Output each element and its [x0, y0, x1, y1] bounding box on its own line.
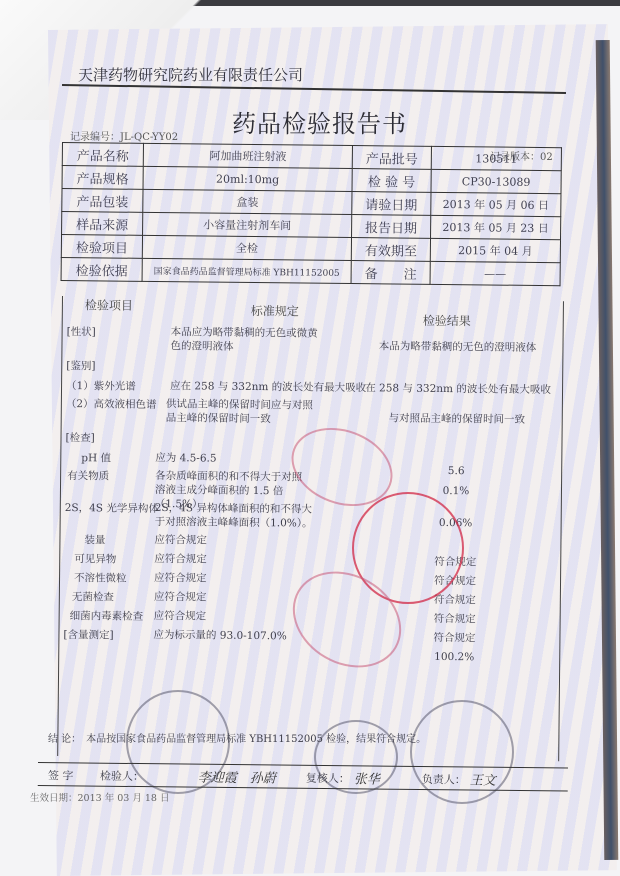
test-row: [性状] 本品应为略带黏稠的无色或微黄色的澄明液体 本品为略带黏稠的无色的澄明液…	[63, 324, 563, 329]
test-item: 装量	[84, 532, 105, 547]
test-result: 本品为略带黏稠的无色的澄明液体	[362, 339, 552, 355]
test-row: （1）紫外光谱 应在 258 与 332nm 的波长处有最大吸收 在 258 与…	[62, 378, 562, 383]
info-label: 产品名称	[62, 143, 143, 167]
test-standard: 应符合规定	[154, 533, 344, 549]
info-value: CP30-13089	[431, 169, 561, 193]
test-item: 2S，4S 光学异构体	[65, 500, 159, 516]
test-result: 在 258 与 332nm 的波长处有最大吸收	[358, 381, 558, 397]
info-value: 小容量注射剂车间	[143, 212, 352, 237]
test-item: [检查]	[65, 430, 94, 445]
test-standard: 供试品主峰的保留时间应与对照品主峰的保留时间一致	[166, 397, 316, 427]
test-item: 无菌检查	[72, 589, 114, 604]
info-label: 产品包装	[62, 189, 143, 213]
test-result: 与对照品主峰的保留时间一致	[362, 411, 552, 427]
info-label: 样品来源	[62, 212, 143, 236]
info-value: 130511	[431, 146, 561, 170]
info-label: 报告日期	[352, 215, 431, 239]
test-standard: 应在 258 与 332nm 的波长处有最大吸收	[170, 379, 370, 395]
effective-date: 生效日期：2013 年 03 月 18 日	[30, 790, 169, 804]
test-row: 可见异物 应符合规定 符合规定	[60, 551, 560, 556]
test-row: （2）高效液相色谱 供试品主峰的保留时间应与对照品主峰的保留时间一致 与对照品主…	[62, 396, 562, 401]
info-value: 盒装	[143, 189, 352, 214]
reviewer-label: 复核人：	[306, 770, 350, 786]
info-label: 产品规格	[62, 166, 143, 190]
test-standard: 2S，4S 异构体峰面积的和不得大于对照溶液主峰峰面积（1.0%）。	[155, 501, 315, 531]
test-row: 2S，4S 光学异构体 2S，4S 异构体峰面积的和不得大于对照溶液主峰峰面积（…	[61, 500, 561, 505]
info-label: 有效期至	[351, 238, 430, 262]
info-label: 检 验 号	[352, 169, 431, 193]
test-item: 有关物质	[67, 468, 109, 483]
test-standard: 应符合规定	[154, 552, 344, 568]
info-value: 2015 年 04 月	[430, 238, 560, 262]
info-label: 检验项目	[61, 235, 142, 259]
info-label: 请验日期	[352, 192, 431, 216]
report-title: 药品检验报告书	[232, 104, 407, 139]
info-value: 阿加曲班注射液	[143, 143, 352, 168]
column-header-item: 检验项目	[85, 296, 133, 314]
test-row: 装量 应符合规定	[61, 532, 561, 537]
info-value: 全检	[142, 235, 351, 260]
column-header-standard: 标准规定	[251, 302, 299, 320]
inspector-signature: 李迎霞 孙蔚	[198, 767, 276, 787]
record-number: 记录编号：JL-QC-YY02	[70, 128, 178, 143]
test-item: 可见异物	[74, 551, 116, 566]
test-results-section: 检验项目 标准规定 检验结果 [性状] 本品应为略带黏稠的无色或微黄色的澄明液体…	[57, 296, 564, 761]
info-label: 产品批号	[352, 146, 431, 170]
info-value: ——	[430, 261, 560, 285]
inspector-label: 检验人：	[100, 768, 144, 784]
info-value: 20ml:10mg	[143, 166, 352, 191]
test-standard: 本品应为略带黏稠的无色或微黄色的澄明液体	[170, 325, 320, 355]
approver-signature: 王文	[470, 770, 496, 789]
test-item: （1）紫外光谱	[66, 378, 136, 394]
reviewer-signature: 张华	[354, 768, 380, 787]
test-item: 细菌内毒素检查	[70, 608, 144, 624]
info-label: 备 注	[351, 261, 430, 285]
company-name: 天津药物研究院药业有限责任公司	[78, 64, 303, 85]
test-item: pH 值	[81, 450, 111, 465]
test-row: 不溶性微粒 应符合规定 符合规定	[60, 570, 560, 575]
test-item: [性状]	[67, 324, 96, 339]
product-info-table: 产品名称 阿加曲班注射液 产品批号 130511 产品规格 20ml:10mg …	[61, 142, 562, 286]
info-row: 检验依据 国家食品药品监督管理局标准 YBH11152005 备 注 ——	[61, 257, 560, 285]
column-header-result: 检验结果	[423, 312, 471, 330]
test-item: [含量测定]	[63, 627, 113, 643]
info-label: 检验依据	[61, 257, 142, 281]
info-value: 2013 年 05 月 23 日	[431, 215, 561, 239]
info-value: 2013 年 05 月 06 日	[431, 192, 561, 216]
approver-label: 负责人：	[422, 771, 466, 787]
test-row: [鉴别]	[62, 358, 562, 363]
test-item: 不溶性微粒	[74, 570, 127, 586]
test-item: （2）高效液相色谱	[66, 396, 157, 412]
info-value: 国家食品药品监督管理局标准 YBH11152005	[142, 258, 351, 283]
conclusion-text: 结 论： 本品按国家食品药品监督管理局标准 YBH11152005 检验，结果符…	[48, 730, 426, 745]
test-item: [鉴别]	[66, 358, 95, 373]
signature-label: 签 字	[48, 767, 74, 783]
